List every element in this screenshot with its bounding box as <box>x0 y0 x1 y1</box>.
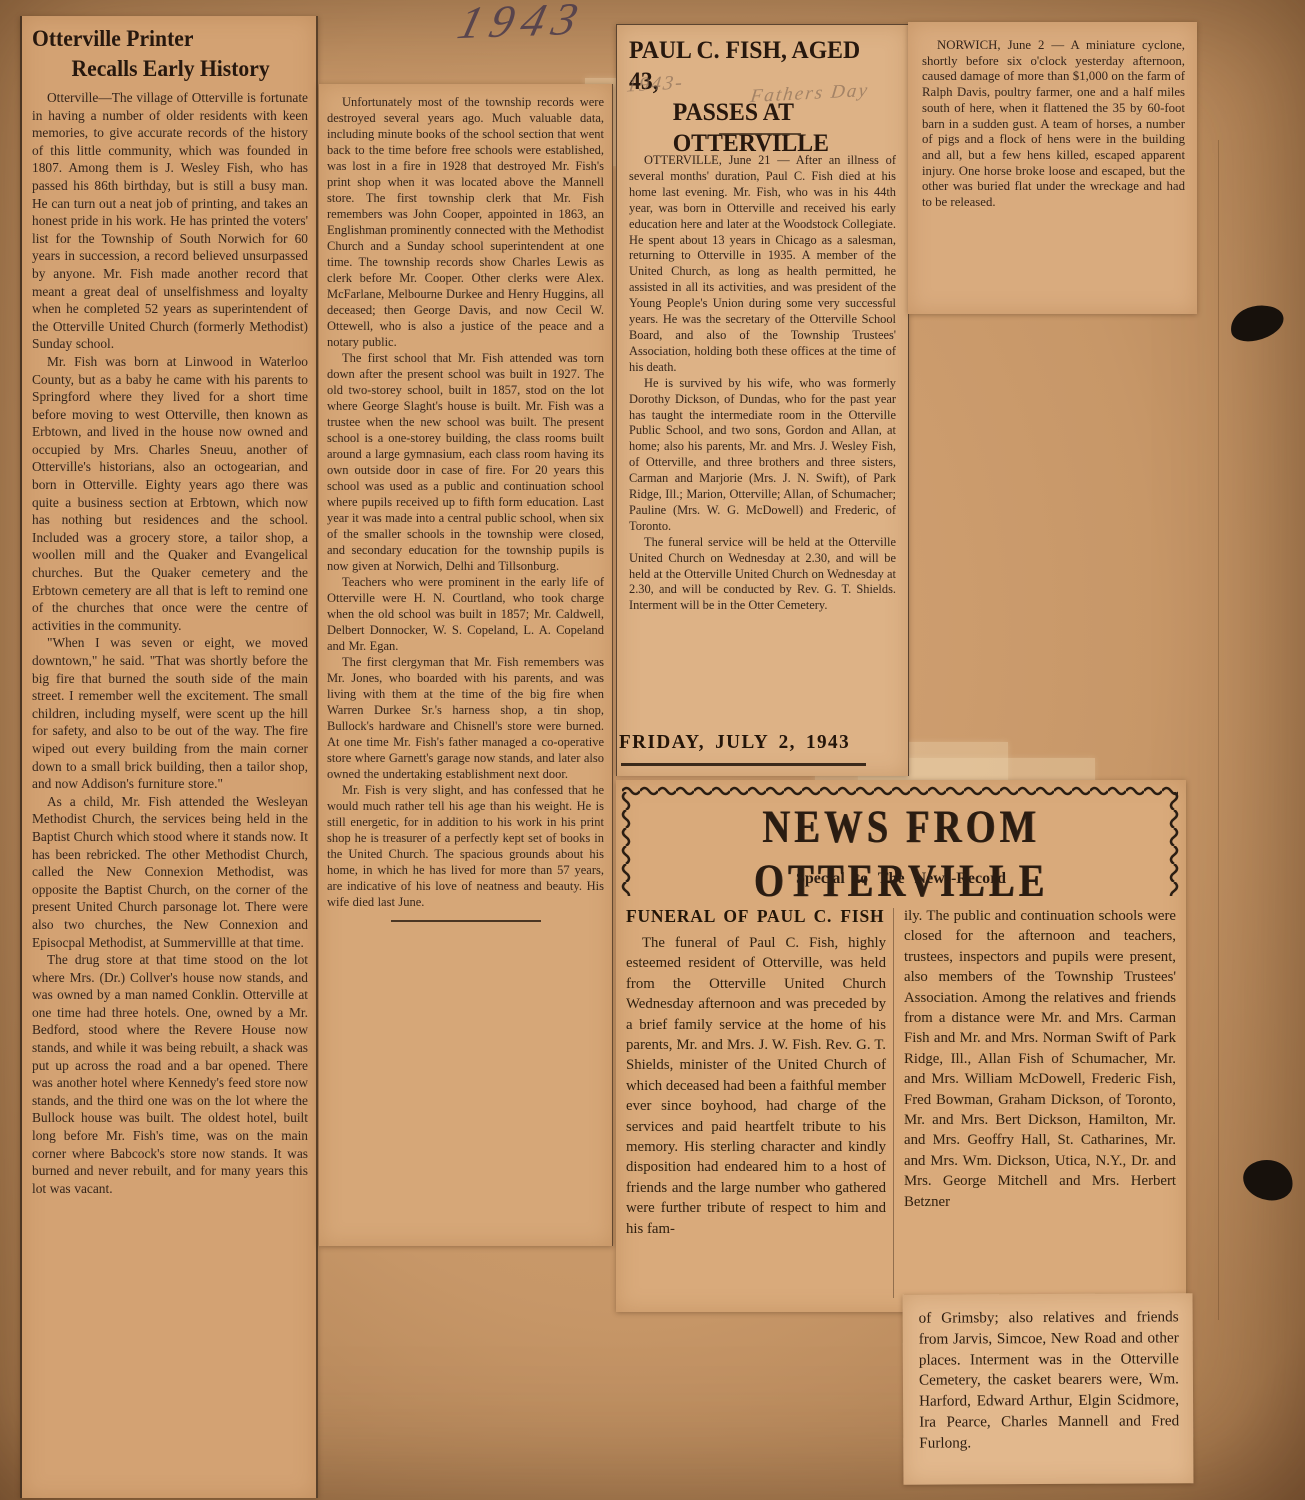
funeral-column1-text: The funeral of Paul C. Fish, highly este… <box>626 933 886 1239</box>
obituary-dateline: FRIDAY, JULY 2, 1943 <box>619 731 850 754</box>
clipping-news-from-otterville: NEWS FROM OTTERVILLE Special to The News… <box>616 780 1186 1312</box>
dateline-rule <box>621 763 866 766</box>
printer-article-title: Otterville Printer Recalls Early History <box>32 24 291 84</box>
printer-article-column2-text: Unfortunately most of the township recor… <box>327 94 604 910</box>
banner-subtitle: Special to The News-Record <box>616 870 1186 888</box>
scrapbook-page: 1943 Otterville Printer Recalls Early Hi… <box>0 0 1305 1500</box>
title-line2: Recalls Early History <box>71 54 291 84</box>
column-divider-rule <box>893 908 894 1298</box>
paragraph: As a child, Mr. Fish attended the Wesley… <box>32 793 308 951</box>
funeral-column2-text: ily. The public and continuation schools… <box>904 906 1176 1212</box>
clipping-printer-column2: Unfortunately most of the township recor… <box>319 84 613 1246</box>
paragraph: NORWICH, June 2 — A miniature cyclone, s… <box>922 38 1185 211</box>
paragraph: Unfortunately most of the township recor… <box>327 94 604 350</box>
funeral-continuation-text: of Grimsby; also relatives and friends f… <box>919 1307 1180 1454</box>
paragraph: "When I was seven or eight, we moved dow… <box>32 634 308 792</box>
clipping-funeral-continuation: of Grimsby; also relatives and friends f… <box>903 1293 1194 1485</box>
paper-crease <box>1218 140 1219 1320</box>
norwich-article-text: NORWICH, June 2 — A miniature cyclone, s… <box>922 38 1185 211</box>
hole-punch-top <box>1227 301 1287 345</box>
handwritten-year: 1943 <box>453 0 592 49</box>
headline-underline <box>719 133 801 135</box>
wavy-border-top <box>622 784 1178 798</box>
pencil-annotation-year: 1943- <box>625 72 685 98</box>
paragraph: He is survived by his wife, who was form… <box>629 376 896 535</box>
clipping-printer-column1: Otterville Printer Recalls Early History… <box>20 16 318 1498</box>
paragraph: OTTERVILLE, June 21 — After an illness o… <box>629 153 896 376</box>
paragraph: The first school that Mr. Fish attended … <box>327 350 604 574</box>
hole-punch-bottom <box>1240 1157 1295 1204</box>
paragraph: Mr. Fish is very slight, and has confess… <box>327 782 604 910</box>
clipping-obituary: PAUL C. FISH, AGED 43, PASSES AT OTTERVI… <box>616 24 909 776</box>
paragraph: The first clergyman that Mr. Fish rememb… <box>327 654 604 782</box>
funeral-article-column1: FUNERAL OF PAUL C. FISH The funeral of P… <box>620 906 892 1239</box>
clipping-norwich-cyclone: NORWICH, June 2 — A miniature cyclone, s… <box>908 22 1197 314</box>
end-of-article-rule <box>391 920 541 922</box>
paragraph: The funeral service will be held at the … <box>629 535 896 615</box>
funeral-article-column2: ily. The public and continuation schools… <box>898 906 1182 1212</box>
paragraph: The drug store at that time stood on the… <box>32 951 308 1197</box>
paragraph: Otterville—The village of Otterville is … <box>32 89 308 353</box>
paragraph: Teachers who were prominent in the early… <box>327 574 604 654</box>
banner-title: NEWS FROM OTTERVILLE <box>667 800 1134 908</box>
funeral-headline: FUNERAL OF PAUL C. FISH <box>626 906 886 927</box>
obituary-text: OTTERVILLE, June 21 — After an illness o… <box>629 153 896 614</box>
printer-article-column1-text: Otterville—The village of Otterville is … <box>32 89 308 1197</box>
title-line1: Otterville Printer <box>32 26 193 51</box>
paragraph: Mr. Fish was born at Linwood in Waterloo… <box>32 353 308 635</box>
